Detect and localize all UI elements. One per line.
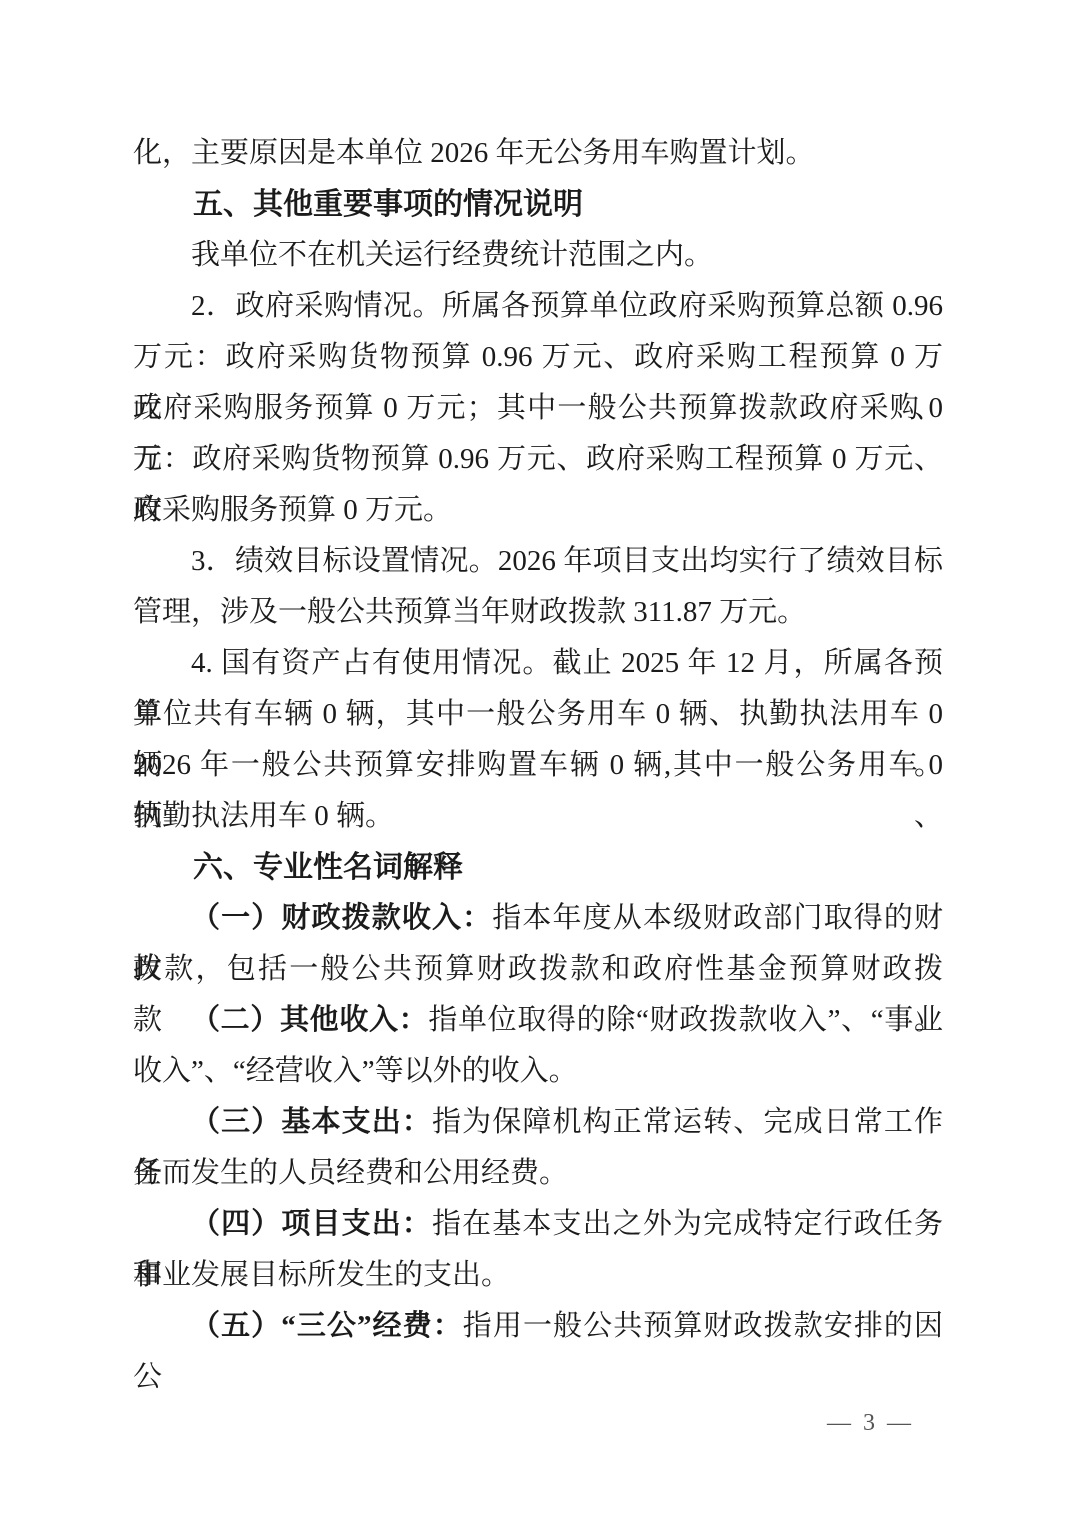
text-line: 收入”、“经营收入”等以外的收入。 <box>133 1046 943 1097</box>
text-line: 化，主要原因是本单位 2026 年无公务用车购置计划。 <box>133 128 943 179</box>
text-line: （一）财政拨款收入：指本年度从本级财政部门取得的财政 <box>133 893 943 944</box>
text-line: 务而发生的人员经费和公用经费。 <box>133 1148 943 1199</box>
term-label: （二）其他收入： <box>191 1004 428 1036</box>
text-line: 单位共有车辆 0 辆，其中一般公务用车 0 辆、执勤执法用车 0 辆。 <box>133 689 943 740</box>
text-line: （四）项目支出：指在基本支出之外为完成特定行政任务和 <box>133 1199 943 1250</box>
text-line: 元：政府采购货物预算 0.96 万元、政府采购工程预算 0 万元、政 <box>133 434 943 485</box>
text-line: 拨款，包括一般公共预算财政拨款和政府性基金预算财政拨款。 <box>133 944 943 995</box>
text-line: 2026 年一般公共预算安排购置车辆 0 辆,其中一般公务用车 0 辆、 <box>133 740 943 791</box>
text-line: 3．绩效目标设置情况。2026 年项目支出均实行了绩效目标 <box>133 536 943 587</box>
text-line: （二）其他收入：指单位取得的除“财政拨款收入”、“事业 <box>133 995 943 1046</box>
text-line: 2．政府采购情况。所属各预算单位政府采购预算总额 0.96 <box>133 281 943 332</box>
section-heading: 五、其他重要事项的情况说明 <box>133 179 943 230</box>
page-number: — 3 — <box>827 1406 914 1440</box>
term-label: （一）财政拨款收入： <box>191 902 492 934</box>
term-definition: 指单位取得的除“财政拨款收入”、“事业 <box>428 1004 943 1036</box>
text-line: 4. 国有资产占有使用情况。截止 2025 年 12 月，所属各预算 <box>133 638 943 689</box>
text-line: 事业发展目标所发生的支出。 <box>133 1250 943 1301</box>
term-label: （四）项目支出： <box>191 1208 432 1240</box>
text-line: 政府采购服务预算 0 万元；其中一般公共预算拨款政府采购 0 万 <box>133 383 943 434</box>
text-line: 管理，涉及一般公共预算当年财政拨款 311.87 万元。 <box>133 587 943 638</box>
text-line: （三）基本支出：指为保障机构正常运转、完成日常工作任 <box>133 1097 943 1148</box>
section-heading: 六、专业性名词解释 <box>133 842 943 893</box>
term-label: （三）基本支出： <box>191 1106 432 1138</box>
text-line: 万元：政府采购货物预算 0.96 万元、政府采购工程预算 0 万元、 <box>133 332 943 383</box>
document-page: 化，主要原因是本单位 2026 年无公务用车购置计划。五、其他重要事项的情况说明… <box>0 0 1074 1520</box>
text-line: 我单位不在机关运行经费统计范围之内。 <box>133 230 943 281</box>
text-line: （五）“三公”经费：指用一般公共预算财政拨款安排的因公 <box>133 1301 943 1352</box>
text-line: 府采购服务预算 0 万元。 <box>133 485 943 536</box>
term-label: （五）“三公”经费： <box>191 1310 463 1342</box>
document-body: 化，主要原因是本单位 2026 年无公务用车购置计划。五、其他重要事项的情况说明… <box>133 128 943 1352</box>
